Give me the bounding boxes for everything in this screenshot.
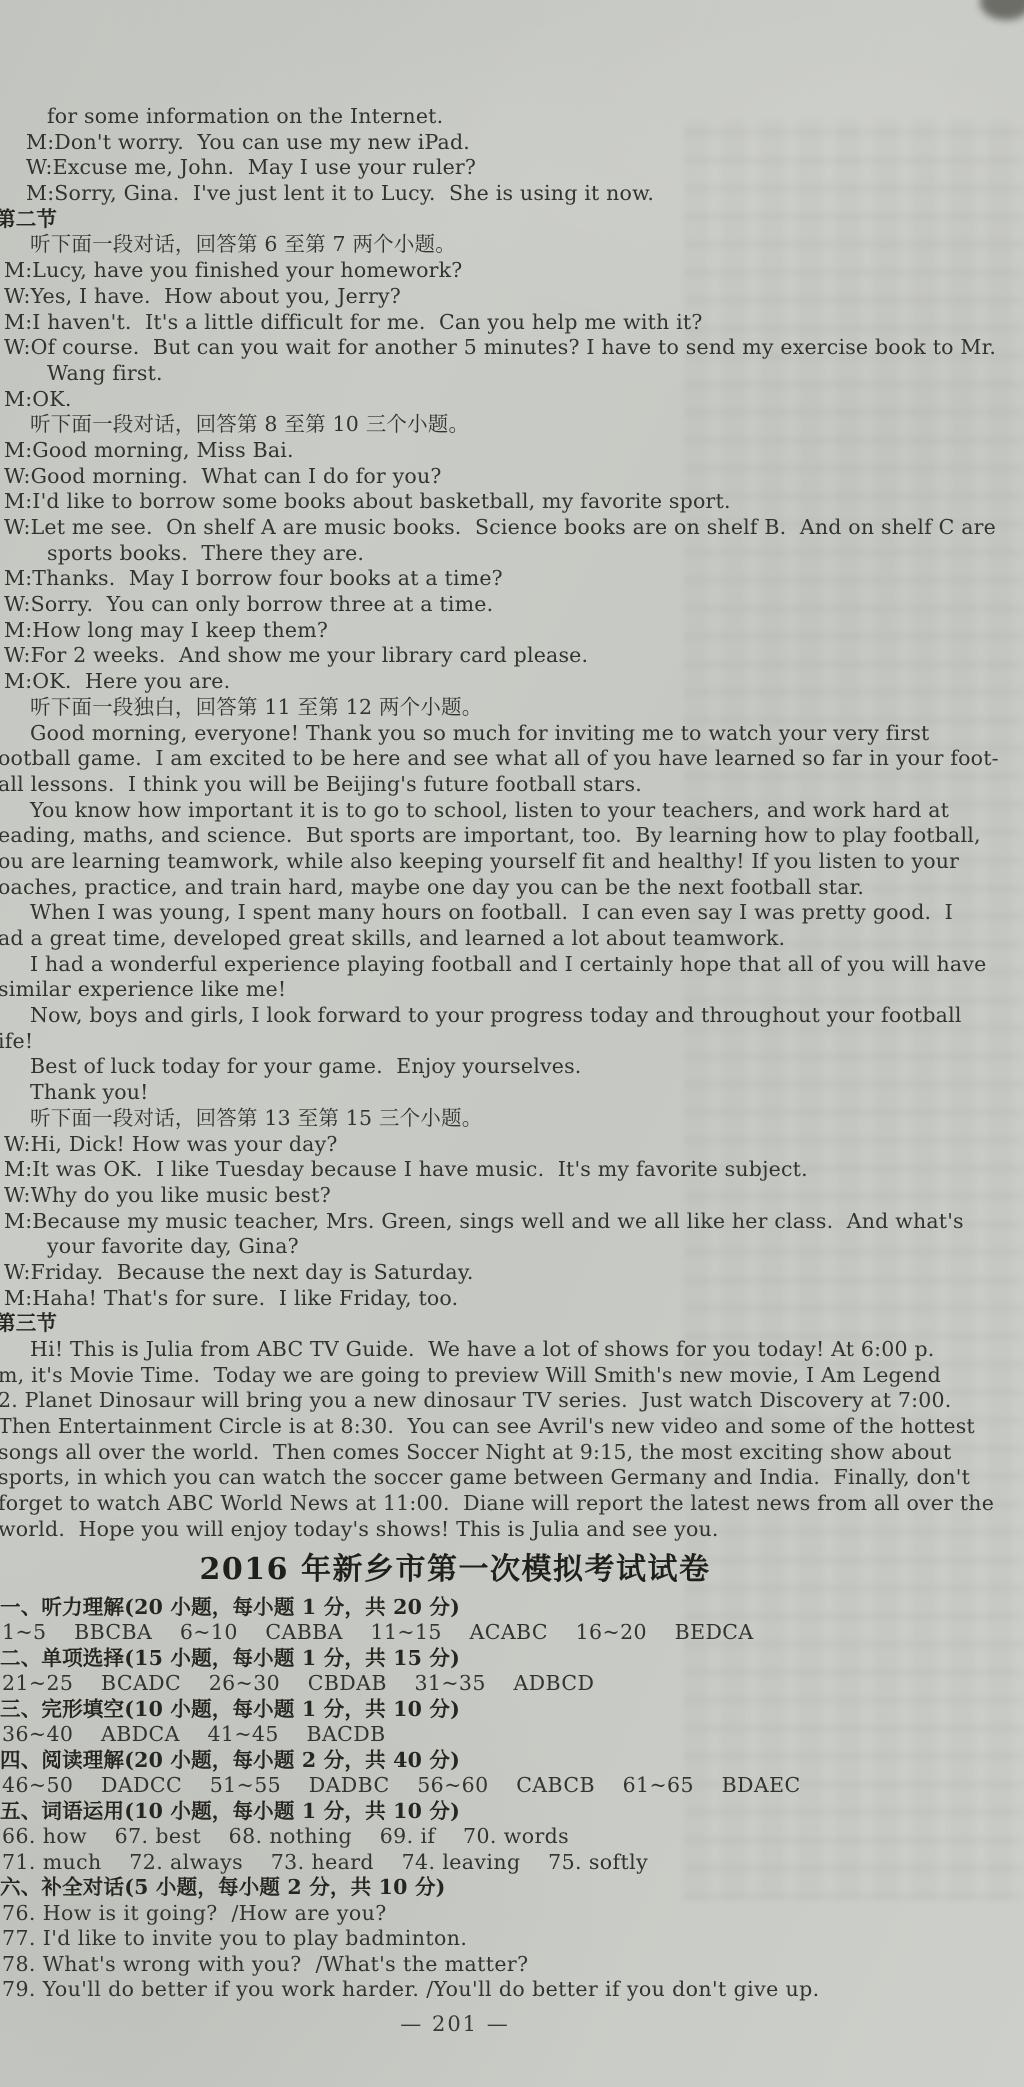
script-line: M:How long may I keep them? — [0, 618, 910, 644]
script-line: 第三节 — [0, 1311, 910, 1337]
scanned-answer-page: for some information on the Internet. M:… — [0, 0, 1024, 2087]
script-line: ad a great time, developed great skills,… — [0, 926, 910, 952]
answer-key: 一、听力理解(20 小题，每小题 1 分，共 20 分) 1~5 BBCBA 6… — [0, 1595, 910, 2003]
script-line: M:It was OK. I like Tuesday because I ha… — [0, 1157, 910, 1183]
answer-line: 一、听力理解(20 小题，每小题 1 分，共 20 分) — [0, 1595, 910, 1621]
answer-line: 1~5 BBCBA 6~10 CABBA 11~15 ACABC 16~20 B… — [0, 1620, 910, 1646]
answer-line: 78. What's wrong with you? /What's the m… — [0, 1952, 910, 1978]
script-line: M:Lucy, have you finished your homework? — [0, 258, 910, 284]
script-line: Hi! This is Julia from ABC TV Guide. We … — [0, 1337, 910, 1363]
script-line: M:Sorry, Gina. I've just lent it to Lucy… — [0, 181, 910, 207]
script-line: M:Thanks. May I borrow four books at a t… — [0, 566, 910, 592]
exam-title: 2016 年新乡市第一次模拟考试试卷 — [0, 1549, 910, 1591]
script-line: W:Excuse me, John. May I use your ruler? — [0, 155, 910, 181]
script-line: m, it's Movie Time. Today we are going t… — [0, 1363, 910, 1389]
script-line: W:Hi, Dick! How was your day? — [0, 1132, 910, 1158]
script-line: I had a wonderful experience playing foo… — [0, 952, 910, 978]
script-line: world. Hope you will enjoy today's shows… — [0, 1517, 910, 1543]
script-line: W:Sorry. You can only borrow three at a … — [0, 592, 910, 618]
answer-line: 二、单项选择(15 小题，每小题 1 分，共 15 分) — [0, 1646, 910, 1672]
script-line: 第二节 — [0, 207, 910, 233]
answer-line: 四、阅读理解(20 小题，每小题 2 分，共 40 分) — [0, 1748, 910, 1774]
answer-line: 79. You'll do better if you work harder.… — [0, 1977, 910, 2003]
script-line: M:OK. — [0, 387, 910, 413]
answer-line: 36~40 ABDCA 41~45 BACDB — [0, 1722, 910, 1748]
script-line: oaches, practice, and train hard, maybe … — [0, 875, 910, 901]
script-line: for some information on the Internet. — [0, 104, 910, 130]
script-line: When I was young, I spent many hours on … — [0, 900, 910, 926]
script-line: ife! — [0, 1029, 910, 1055]
script-line: Good morning, everyone! Thank you so muc… — [0, 721, 910, 747]
answer-line: 六、补全对话(5 小题，每小题 2 分，共 10 分) — [0, 1875, 910, 1901]
script-line: 2. Planet Dinosaur will bring you a new … — [0, 1388, 910, 1414]
answer-line: 66. how 67. best 68. nothing 69. if 70. … — [0, 1824, 910, 1850]
answer-line: 71. much 72. always 73. heard 74. leavin… — [0, 1850, 910, 1876]
script-line: sports, in which you can watch the socce… — [0, 1465, 910, 1491]
script-line: your favorite day, Gina? — [0, 1234, 910, 1260]
script-line: 听下面一段独白，回答第 11 至第 12 两个小题。 — [0, 695, 910, 721]
script-line: 听下面一段对话，回答第 8 至第 10 三个小题。 — [0, 412, 910, 438]
answer-line: 76. How is it going? /How are you? — [0, 1901, 910, 1927]
script-line: W:Good morning. What can I do for you? — [0, 464, 910, 490]
answer-line: 21~25 BCADC 26~30 CBDAB 31~35 ADBCD — [0, 1671, 910, 1697]
answer-line: 77. I'd like to invite you to play badmi… — [0, 1926, 910, 1952]
script-line: 听下面一段对话，回答第 6 至第 7 两个小题。 — [0, 232, 910, 258]
script-line: Wang first. — [0, 361, 910, 387]
script-line: M:OK. Here you are. — [0, 669, 910, 695]
script-line: ou are learning teamwork, while also kee… — [0, 849, 910, 875]
script-line: Then Entertainment Circle is at 8:30. Yo… — [0, 1414, 910, 1440]
script-line: ootball game. I am excited to be here an… — [0, 746, 910, 772]
listening-script: for some information on the Internet. M:… — [0, 104, 910, 1543]
script-line: W:Friday. Because the next day is Saturd… — [0, 1260, 910, 1286]
script-line: W:Let me see. On shelf A are music books… — [0, 515, 910, 541]
script-line: sports books. There they are. — [0, 541, 910, 567]
script-line: Best of luck today for your game. Enjoy … — [0, 1054, 910, 1080]
script-line: M:I'd like to borrow some books about ba… — [0, 489, 910, 515]
script-line: songs all over the world. Then comes Soc… — [0, 1440, 910, 1466]
page-content: for some information on the Internet. M:… — [0, 104, 910, 2003]
script-line: M:Because my music teacher, Mrs. Green, … — [0, 1209, 910, 1235]
script-line: W:Of course. But can you wait for anothe… — [0, 335, 910, 361]
script-line: all lessons. I think you will be Beijing… — [0, 772, 910, 798]
script-line: Now, boys and girls, I look forward to y… — [0, 1003, 910, 1029]
answer-line: 46~50 DADCC 51~55 DADBC 56~60 CABCB 61~6… — [0, 1773, 910, 1799]
script-line: M:I haven't. It's a little difficult for… — [0, 310, 910, 336]
answer-line: 五、词语运用(10 小题，每小题 1 分，共 10 分) — [0, 1799, 910, 1825]
script-line: M:Haha! That's for sure. I like Friday, … — [0, 1286, 910, 1312]
script-line: eading, maths, and science. But sports a… — [0, 823, 910, 849]
script-line: M:Good morning, Miss Bai. — [0, 438, 910, 464]
script-line: 听下面一段对话，回答第 13 至第 15 三个小题。 — [0, 1106, 910, 1132]
script-line: forget to watch ABC World News at 11:00.… — [0, 1491, 910, 1517]
script-line: Thank you! — [0, 1080, 910, 1106]
page-number: — 201 — — [0, 2012, 910, 2036]
script-line: W:Yes, I have. How about you, Jerry? — [0, 284, 910, 310]
script-line: You know how important it is to go to sc… — [0, 798, 910, 824]
corner-smudge — [980, 0, 1024, 20]
script-line: W:Why do you like music best? — [0, 1183, 910, 1209]
script-line: W:For 2 weeks. And show me your library … — [0, 643, 910, 669]
script-line: M:Don't worry. You can use my new iPad. — [0, 130, 910, 156]
script-line: similar experience like me! — [0, 977, 910, 1003]
answer-line: 三、完形填空(10 小题，每小题 1 分，共 10 分) — [0, 1697, 910, 1723]
